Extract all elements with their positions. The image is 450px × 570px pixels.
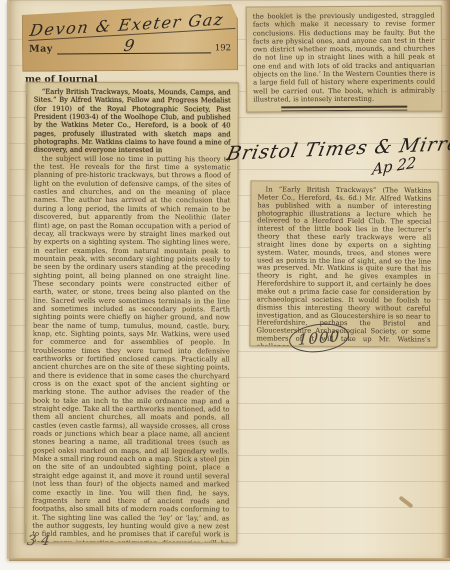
date-row: May 9 192	[29, 36, 231, 54]
clipping-top-right-text: the booklet is the previously undigested…	[253, 12, 435, 104]
double-rule	[281, 106, 407, 112]
page-edge-right	[441, 0, 450, 559]
page-bottom-edge	[9, 558, 450, 561]
clipping-left-review: “Early British Trackways, Moats, Mounds,…	[24, 82, 239, 544]
clipping-mid-right-text: In “Early British Trackways” (The Watkin…	[256, 186, 431, 347]
clipping-left-paragraph-1: “Early British Trackways, Moats, Mounds,…	[34, 88, 231, 155]
clipping-left-paragraph-2: the subject will lose no time in putting…	[32, 154, 230, 543]
month-label: May	[29, 44, 53, 55]
date-fill-line: 9	[57, 36, 211, 54]
header-clipping: Devon & Exeter Gaz May 9 192	[22, 4, 238, 72]
year-prefix: 192	[215, 43, 231, 53]
clipping-mid-right: In “Early British Trackways” (The Watkin…	[249, 180, 438, 347]
page-number: 34	[26, 533, 56, 549]
scrapbook-scan: Devon & Exeter Gaz May 9 192 me of Journ…	[0, 0, 450, 570]
clipping-top-right: the booklet is the previously undigested…	[246, 5, 443, 112]
handwritten-day: 9	[123, 36, 136, 55]
